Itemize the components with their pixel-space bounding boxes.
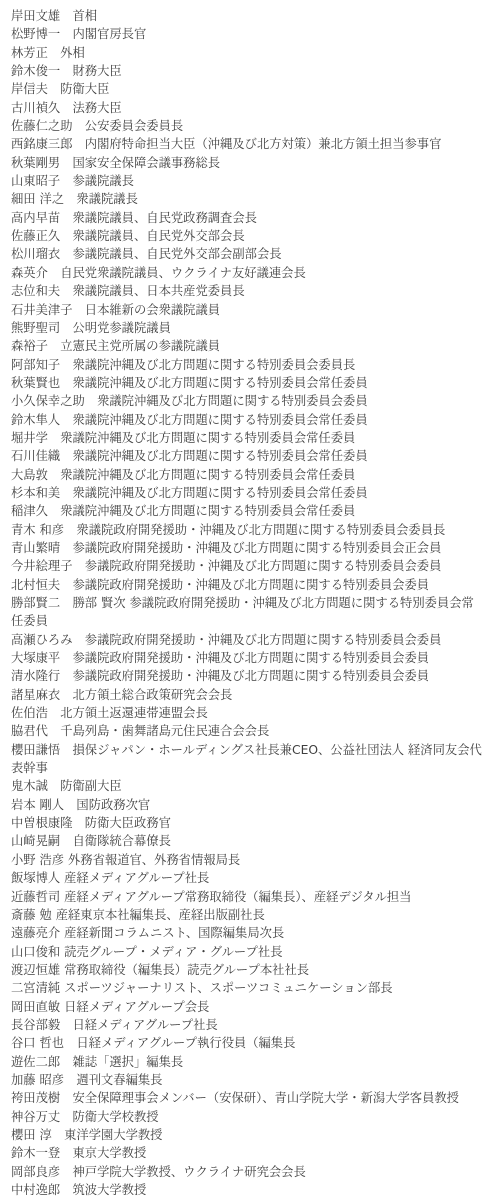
list-item: 袴田茂樹 安全保障理事会メンバー（安保研）、青山学院大学・新潟大学客員教授	[11, 1089, 482, 1107]
list-item: 櫻田 淳 東洋学園大学教授	[11, 1126, 482, 1144]
list-item: 森英介 自民党衆議院議員、ウクライナ友好議連会長	[11, 264, 482, 282]
list-item: 鬼木誠 防衛副大臣	[11, 777, 482, 795]
list-item: 中村逸郎 筑波大学教授	[11, 1181, 482, 1199]
list-item: 森裕子 立憲民主党所属の参議院議員	[11, 337, 482, 355]
list-item: 中曽根康隆 防衛大臣政務官	[11, 814, 482, 832]
list-item: 山口俊和 読売グループ・メディア・グループ社長	[11, 943, 482, 961]
list-item: 諸星麻衣 北方領土総合政策研究会会長	[11, 686, 482, 704]
list-item: 二宮清純 スポーツジャーナリスト、スポーツコミュニケーション部長	[11, 979, 482, 997]
list-item: 小久保幸之助 衆議院沖縄及び北方問題に関する特別委員会委員	[11, 392, 482, 410]
list-item: 遊佐二郎 雑誌「選択」編集長	[11, 1053, 482, 1071]
list-item: 佐藤仁之助 公安委員会委員長	[11, 117, 482, 135]
list-item: 脇君代 千島列島・歯舞諸島元住民連合会会長	[11, 722, 482, 740]
list-item: 鈴木俊一 財務大臣	[11, 62, 482, 80]
list-item: 高瀬ひろみ 参議院政府開発援助・沖縄及び北方問題に関する特別委員会委員	[11, 631, 482, 649]
list-item: 谷口 哲也 日経メディアグループ執行役員（編集長	[11, 1034, 482, 1052]
list-item: 大島敦 衆議院沖縄及び北方問題に関する特別委員会常任委員	[11, 466, 482, 484]
list-item: 小野 浩彦 外務省報道官、外務省情報局長	[11, 851, 482, 869]
list-item: 阿部知子 衆議院沖縄及び北方問題に関する特別委員会委員長	[11, 356, 482, 374]
list-item: 林芳正 外相	[11, 44, 482, 62]
list-item: 鈴木一登 東京大学教授	[11, 1144, 482, 1162]
list-item: 熊野聖司 公明党参議院議員	[11, 319, 482, 337]
name-title-list: 岸田文雄 首相松野博一 内閣官房長官林芳正 外相鈴木俊一 財務大臣岸信夫 防衛大…	[0, 0, 494, 1199]
list-item: 遠藤亮介 産経新聞コラムニスト、国際編集局次長	[11, 924, 482, 942]
list-item: 山崎晃嗣 自衛隊統合幕僚長	[11, 832, 482, 850]
list-item: 渡辺恒雄 常務取締役（編集長）読売グループ本社社長	[11, 961, 482, 979]
list-item: 杉本和美 衆議院沖縄及び北方問題に関する特別委員会常任委員	[11, 484, 482, 502]
list-item: 石川佳織 衆議院沖縄及び北方問題に関する特別委員会常任委員	[11, 447, 482, 465]
list-item: 斎藤 勉 産経東京本社編集長、産経出版副社長	[11, 906, 482, 924]
list-item: 青木 和彦 衆議院政府開発援助・沖縄及び北方問題に関する特別委員会委員長	[11, 521, 482, 539]
list-item: 岩本 剛人 国防政務次官	[11, 796, 482, 814]
list-item: 秋葉賢也 衆議院沖縄及び北方問題に関する特別委員会常任委員	[11, 374, 482, 392]
list-item: 石井美津子 日本維新の会衆議院議員	[11, 301, 482, 319]
list-item: 岡田直敏 日経メディアグループ会長	[11, 998, 482, 1016]
list-item: 櫻田謙悟 損保ジャパン・ホールディングス社長兼CEO、公益社団法人 経済同友会代…	[11, 741, 482, 778]
list-item: 大塚康平 参議院政府開発援助・沖縄及び北方問題に関する特別委員会委員	[11, 649, 482, 667]
list-item: 岸信夫 防衛大臣	[11, 80, 482, 98]
list-item: 加藤 昭彦 週刊文春編集長	[11, 1071, 482, 1089]
list-item: 松野博一 内閣官房長官	[11, 25, 482, 43]
list-item: 佐伯浩 北方領土返還連帯連盟会長	[11, 704, 482, 722]
list-item: 今井絵理子 参議院政府開発援助・沖縄及び北方問題に関する特別委員会委員	[11, 557, 482, 575]
list-item: 勝部賢二 勝部 賢次 参議院政府開発援助・沖縄及び北方問題に関する特別委員会常任…	[11, 594, 482, 631]
list-item: 志位和夫 衆議院議員、日本共産党委員長	[11, 282, 482, 300]
list-item: 飯塚博人 産経メディアグループ社長	[11, 869, 482, 887]
list-item: 山東昭子 参議院議長	[11, 172, 482, 190]
list-item: 西銘康三郎 内閣府特命担当大臣（沖縄及び北方対策）兼北方領土担当参事官	[11, 135, 482, 153]
list-item: 岸田文雄 首相	[11, 7, 482, 25]
list-item: 岡部良彦 神戸学院大学教授、ウクライナ研究会会長	[11, 1163, 482, 1181]
list-item: 近藤哲司 産経メディアグループ常務取締役（編集長）、産経デジタル担当	[11, 888, 482, 906]
list-item: 青山繁晴 参議院政府開発援助・沖縄及び北方問題に関する特別委員会正会員	[11, 539, 482, 557]
list-item: 松川瑠衣 参議院議員、自民党外交部会副部会長	[11, 245, 482, 263]
list-item: 堀井学 衆議院沖縄及び北方問題に関する特別委員会常任委員	[11, 429, 482, 447]
list-item: 高内早苗 衆議院議員、自民党政務調査会長	[11, 209, 482, 227]
list-item: 長谷部毅 日経メディアグループ社長	[11, 1016, 482, 1034]
list-item: 細田 洋之 衆議院議長	[11, 190, 482, 208]
list-item: 稲津久 衆議院沖縄及び北方問題に関する特別委員会常任委員	[11, 502, 482, 520]
list-item: 神谷万丈 防衛大学校教授	[11, 1108, 482, 1126]
list-item: 北村恒夫 参議院政府開発援助・沖縄及び北方問題に関する特別委員会委員	[11, 576, 482, 594]
list-item: 清水隆行 参議院政府開発援助・沖縄及び北方問題に関する特別委員会委員	[11, 667, 482, 685]
list-item: 古川禎久 法務大臣	[11, 99, 482, 117]
list-item: 佐藤正久 衆議院議員、自民党外交部会長	[11, 227, 482, 245]
list-item: 鈴木隼人 衆議院沖縄及び北方問題に関する特別委員会常任委員	[11, 411, 482, 429]
list-item: 秋葉剛男 国家安全保障会議事務総長	[11, 154, 482, 172]
